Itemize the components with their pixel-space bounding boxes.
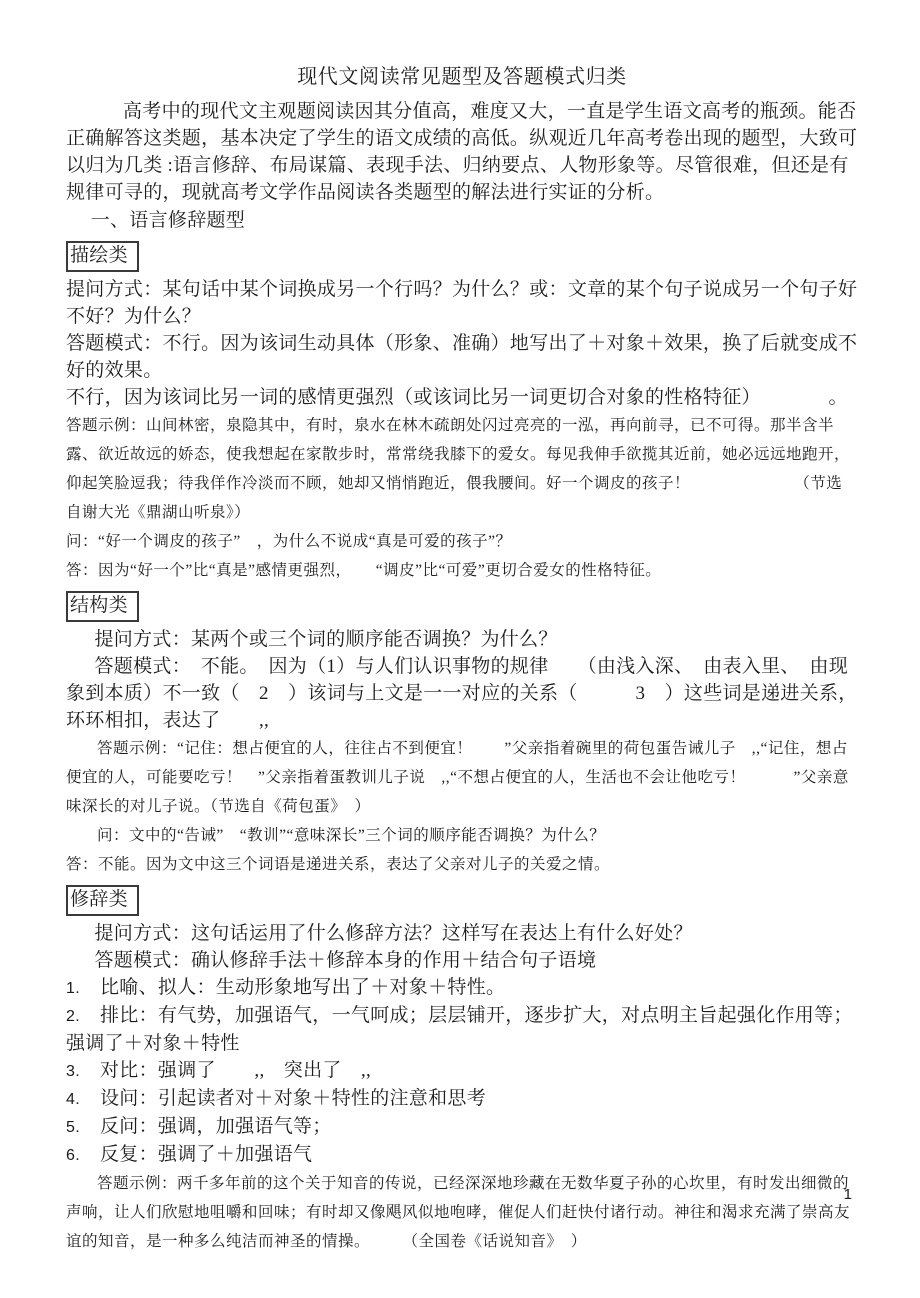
section-heading: 一、语言修辞题型 [66, 206, 858, 235]
category-box-describe: 描绘类 [66, 241, 139, 272]
list-item-text: 比喻、拟人：生动形象地写出了＋对象＋特性。 [100, 977, 505, 998]
rhetoric-item-metaphor: 1.比喻、拟人：生动形象地写出了＋对象＋特性。 [66, 974, 858, 1002]
rhetoric-item-rhetorical-question: 5.反问：强调，加强语气等； [66, 1113, 858, 1141]
category-box-row: 结构类 [66, 591, 858, 622]
page-number: 1 [844, 1186, 852, 1203]
rhetoric-item-parallelism: 2.排比：有气势，加强语气，一气呵成；层层铺开，逐步扩大，对点明主旨起强化作用等… [66, 1002, 858, 1057]
category-box-row: 描绘类 [66, 241, 858, 272]
list-item-text: 对比：强调了 ,, 突出了 ,, [100, 1060, 371, 1081]
list-item-text: 反问：强调，加强语气等； [100, 1116, 332, 1137]
structure-answer-pattern: 答题模式： 不能。 因为（1）与人们认识事物的规律 （由浅入深、 由表入里、 由… [66, 653, 858, 734]
rhetoric-example: 答题示例：两千多年前的这个关于知音的传说，已经深深地珍藏在无数华夏子孙的心坎里，… [66, 1169, 858, 1256]
describe-example-answer: 答：因为“好一个”比“真是”感情更强烈， “调皮”比“可爱”更切合爱女的性格特征… [66, 556, 858, 585]
rhetoric-item-contrast: 3.对比：强调了 ,, 突出了 ,, [66, 1057, 858, 1085]
intro-paragraph: 高考中的现代文主观题阅读因其分值高，难度又大，一直是学生语文高考的瓶颈。能否正确… [66, 98, 858, 206]
list-item-text: 反复：强调了＋加强语气 [100, 1144, 312, 1165]
structure-example-answer: 答：不能。因为文中这三个词语是递进关系，表达了父亲对儿子的关爱之情。 [66, 850, 858, 879]
rhetoric-question-format: 提问方式：这句话运用了什么修辞方法？这样写在表达上有什么好处？ [66, 920, 858, 947]
rhetoric-item-rhetorical-ask: 4.设问：引起读者对＋对象＋特性的注意和思考 [66, 1085, 858, 1113]
describe-answer-pattern-alt: 不行，因为该词比另一词的感情更强烈（或该词比另一词更切合对象的性格特征） 。 [66, 384, 858, 411]
structure-example: 答题示例：“记住：想占便宜的人，往往占不到便宜！ ”父亲指着碗里的荷包蛋告诫儿子… [66, 734, 858, 821]
structure-question-format: 提问方式：某两个或三个词的顺序能否调换？为什么？ [66, 626, 858, 653]
describe-answer-pattern: 答题模式：不行。因为该词生动具体（形象、准确）地写出了＋对象＋效果，换了后就变成… [66, 330, 858, 384]
document-title: 现代文阅读常见题型及答题模式归类 [66, 60, 858, 94]
list-item-text: 排比：有气势，加强语气，一气呵成；层层铺开，逐步扩大，对点明主旨起强化作用等；强… [66, 1005, 853, 1054]
describe-question-format: 提问方式：某句话中某个词换成另一个行吗？为什么？或：文章的某个句子说成另一个句子… [66, 276, 858, 330]
list-number: 3. [66, 1058, 100, 1085]
structure-example-question: 问：文中的“告诫” “教训”“意味深长”三个词的顺序能否调换？为什么？ [66, 821, 858, 850]
list-number: 1. [66, 975, 100, 1002]
category-box-row: 修辞类 [66, 885, 858, 916]
category-box-rhetoric: 修辞类 [66, 885, 139, 916]
list-number: 2. [66, 1003, 100, 1030]
describe-example-question: 问：“好一个调皮的孩子” ，为什么不说成“真是可爱的孩子”？ [66, 527, 858, 556]
describe-example: 答题示例：山间林密，泉隐其中，有时，泉水在林木疏朗处闪过亮亮的一泓，再向前寻，已… [66, 411, 858, 527]
list-number: 4. [66, 1086, 100, 1113]
rhetoric-answer-pattern: 答题模式：确认修辞手法＋修辞本身的作用＋结合句子语境 [66, 947, 858, 974]
category-box-structure: 结构类 [66, 591, 139, 622]
list-number: 6. [66, 1142, 100, 1169]
list-item-text: 设问：引起读者对＋对象＋特性的注意和思考 [100, 1088, 486, 1109]
rhetoric-item-repetition: 6.反复：强调了＋加强语气 [66, 1141, 858, 1169]
document-page: 现代文阅读常见题型及答题模式归类 高考中的现代文主观题阅读因其分值高，难度又大，… [0, 0, 920, 1298]
list-number: 5. [66, 1114, 100, 1141]
